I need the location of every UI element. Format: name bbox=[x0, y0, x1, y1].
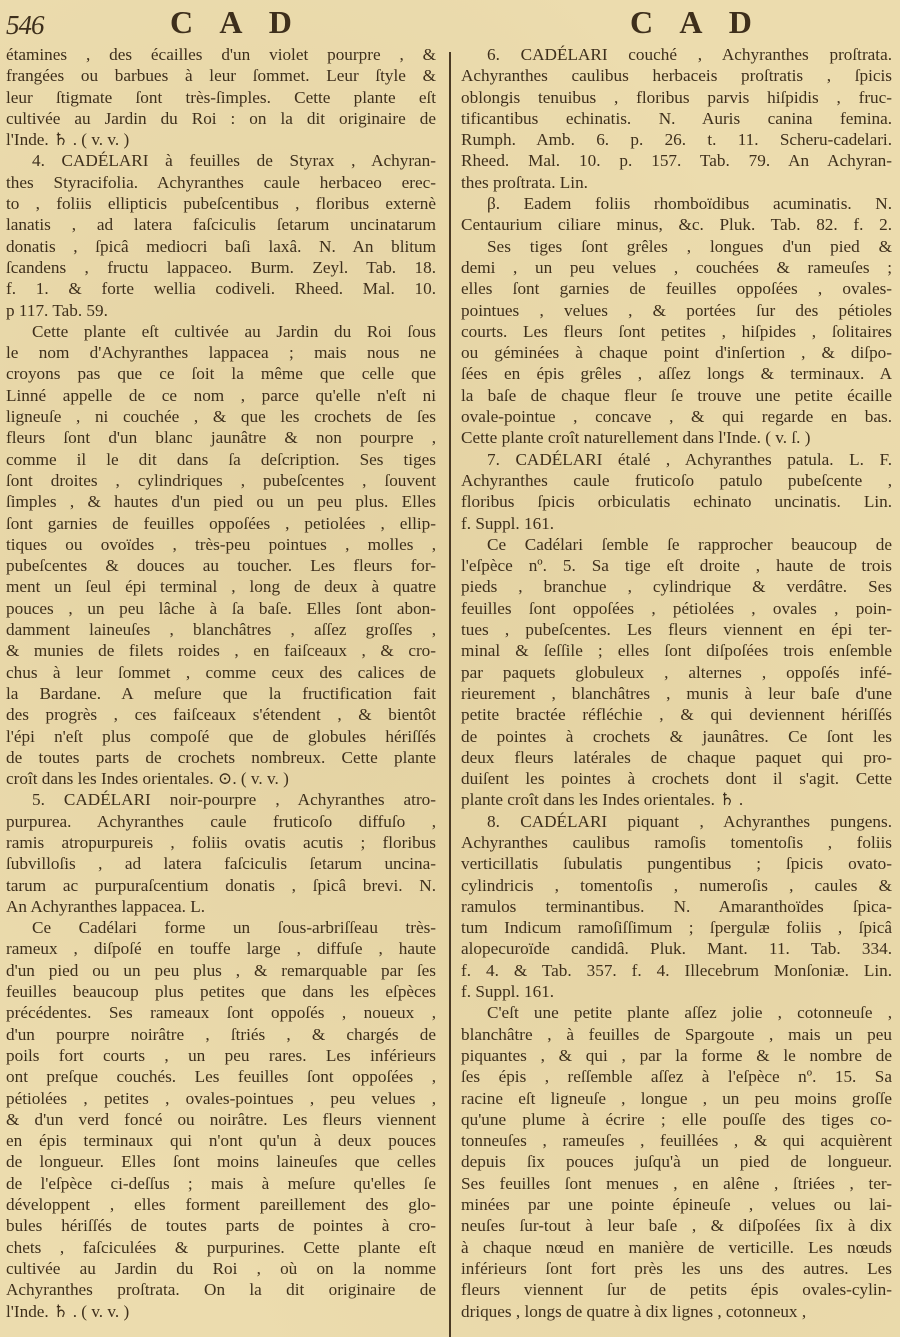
text-line: ramulos terminantibus. N. Amaranthoïdes … bbox=[461, 896, 892, 917]
page-header: 546 C A D C A D bbox=[0, 4, 900, 44]
text-line: pieds , branchue , cylindrique & verdâtr… bbox=[461, 576, 892, 597]
text-line: minées par une pointe épineuſe , velues … bbox=[461, 1194, 892, 1215]
text-line: feuilles beaucoup plus petites que dans … bbox=[6, 981, 436, 1002]
text-line: cultivée au Jardin du Roi , où on la nom… bbox=[6, 1258, 436, 1279]
text-line: croyons pas que ce ſoit la même que cell… bbox=[6, 363, 436, 384]
text-line: ligneuſe , ni couchée , & que les croche… bbox=[6, 406, 436, 427]
text-line: tum Indicum ramoſiſſimum ; ſpergulæ foli… bbox=[461, 917, 892, 938]
text-line: 5. CADÉLARI noir-pourpre , Achyranthes a… bbox=[6, 789, 436, 810]
text-line: Achyranthes proſtrata. On la dit origina… bbox=[6, 1279, 436, 1300]
text-line: tonneuſes , rameuſes , feuillées , & qui… bbox=[461, 1130, 892, 1151]
text-line: demi , un peu velues , couchées & rameuſ… bbox=[461, 257, 892, 278]
text-line: bules hériſſés de toutes parts de pointe… bbox=[6, 1215, 436, 1236]
text-line: driques , longs de quatre à dix lignes ,… bbox=[461, 1301, 892, 1322]
text-line: pubeſcentes & douces au toucher. Les fle… bbox=[6, 555, 436, 576]
text-line: Cette plante eſt cultivée au Jardin du R… bbox=[6, 321, 436, 342]
column-divider bbox=[449, 52, 451, 1337]
text-line: croît dans les Indes orientales. ⊙. ( v.… bbox=[6, 768, 436, 789]
text-line: An Achyranthes lappacea. L. bbox=[6, 896, 436, 917]
text-line: ovale-pointue , concave , & qui regarde … bbox=[461, 406, 892, 427]
text-line: elles ſont garnies de feuilles oppoſées … bbox=[461, 278, 892, 299]
text-line: d'un pied ou un peu plus , & remarquable… bbox=[6, 960, 436, 981]
text-line: p 117. Tab. 59. bbox=[6, 300, 436, 321]
text-line: & d'un verd foncé ou noirâtre. Les fleur… bbox=[6, 1109, 436, 1130]
text-line: d'un pourpre noirâtre , ſtriés , & charg… bbox=[6, 1024, 436, 1045]
text-line: f. 4. & Tab. 357. f. 4. Illecebrum Monſo… bbox=[461, 960, 892, 981]
text-line: de l'eſpèce ci-deſſus ; mais à meſure qu… bbox=[6, 1173, 436, 1194]
text-line: inférieurs ſont fort près les uns des au… bbox=[461, 1258, 892, 1279]
text-line: Ses tiges ſont grêles , longues d'un pie… bbox=[461, 236, 892, 257]
text-line: à chaque nœud en manière de verticille. … bbox=[461, 1237, 892, 1258]
text-line: tificantibus echinatis. N. Auris canina … bbox=[461, 108, 892, 129]
text-line: développent , elles forment pareillement… bbox=[6, 1194, 436, 1215]
text-line: f. 1. & forte wellia codiveli. Rheed. Ma… bbox=[6, 278, 436, 299]
text-line: deux fleurs latérales de chaque paquet q… bbox=[461, 747, 892, 768]
page-number: 546 bbox=[6, 10, 44, 41]
text-line: fleurs ſont d'un blanc jaunâtre & non po… bbox=[6, 427, 436, 448]
text-line: depuis ſix pouces juſqu'à un pied de lon… bbox=[461, 1151, 892, 1172]
text-line: poils fort courts , un peu rares. Les in… bbox=[6, 1045, 436, 1066]
running-head-left: C A D bbox=[170, 4, 302, 41]
text-line: piquantes , & qui , par la forme & le no… bbox=[461, 1045, 892, 1066]
left-column: étamines , des écailles d'un violet pour… bbox=[6, 44, 436, 1322]
text-line: Ce Cadélari ſemble ſe rapprocher beaucou… bbox=[461, 534, 892, 555]
running-head-right: C A D bbox=[630, 4, 762, 41]
text-line: Ses feuilles ſont menues , en alêne , ſt… bbox=[461, 1173, 892, 1194]
text-line: minal & ſeſſile ; elles ſont diſpoſées t… bbox=[461, 640, 892, 661]
text-line: 6. CADÉLARI couché , Achyranthes proſtra… bbox=[461, 44, 892, 65]
text-line: C'eſt une petite plante aſſez jolie , co… bbox=[461, 1002, 892, 1023]
text-line: le nom d'Achyranthes lappacea ; mais nou… bbox=[6, 342, 436, 363]
text-line: ſes épis , reſſemble aſſez à l'eſpèce nº… bbox=[461, 1066, 892, 1087]
text-line: petite bractée réfléchie , & qui devienn… bbox=[461, 704, 892, 725]
text-line: ſubvilloſis , ad latera faſciculis ſetar… bbox=[6, 853, 436, 874]
text-line: floribus ſpicis orbiculatis echinato unc… bbox=[461, 491, 892, 512]
text-line: 8. CADÉLARI piquant , Achyranthes pungen… bbox=[461, 811, 892, 832]
text-line: chus à leur ſommet , comme ceux des cali… bbox=[6, 662, 436, 683]
text-line: oblongis tenuibus , floribus parvis hiſp… bbox=[461, 87, 892, 108]
text-line: fleurs viennent ſur de petits épis ovale… bbox=[461, 1279, 892, 1300]
text-line: ment un ſeul épi terminal , long de deux… bbox=[6, 576, 436, 597]
text-line: l'Inde. ♄ . ( v. v. ) bbox=[6, 1301, 436, 1322]
text-line: verticillatis ſubulatis pungentibus ; ſp… bbox=[461, 853, 892, 874]
text-line: l'épi n'eſt plus compoſé que de globules… bbox=[6, 726, 436, 747]
text-line: l'Inde. ♄ . ( v. v. ) bbox=[6, 129, 436, 150]
text-line: racine eſt ligneuſe , longue , un peu mo… bbox=[461, 1088, 892, 1109]
text-line: cylindricis , tomentoſis , numeroſis , c… bbox=[461, 875, 892, 896]
text-line: la Bardane. A meſure que la fructificati… bbox=[6, 683, 436, 704]
text-line: rameux , diſpoſé en touffe large , diffu… bbox=[6, 938, 436, 959]
text-line: blanchâtre , à feuilles de Spargoute , m… bbox=[461, 1024, 892, 1045]
text-line: frangées ou barbues à leur ſommet. Leur … bbox=[6, 65, 436, 86]
text-line: chets , faſciculées & purpurines. Cette … bbox=[6, 1237, 436, 1258]
text-line: f. Suppl. 161. bbox=[461, 981, 892, 1002]
text-line: 4. CADÉLARI à feuilles de Styrax , Achyr… bbox=[6, 150, 436, 171]
text-line: Rumph. Amb. 6. p. 26. t. 11. Scheru-cade… bbox=[461, 129, 892, 150]
text-line: l'eſpèce nº. 5. Sa tige eſt droite , hau… bbox=[461, 555, 892, 576]
book-page: 546 C A D C A D étamines , des écailles … bbox=[0, 0, 900, 1337]
text-line: lanatis , ad latera faſciculis ſetarum u… bbox=[6, 214, 436, 235]
text-line: Cette plante croît naturellement dans l'… bbox=[461, 427, 892, 448]
text-line: étamines , des écailles d'un violet pour… bbox=[6, 44, 436, 65]
text-line: ſont droites , cylindriques , pubeſcente… bbox=[6, 470, 436, 491]
text-line: tiques ou ovoïdes , très-peu pointues , … bbox=[6, 534, 436, 555]
text-line: qu'une plume à écrire ; elle pouſſe des … bbox=[461, 1109, 892, 1130]
text-line: Ce Cadélari forme un ſous-arbriſſeau trè… bbox=[6, 917, 436, 938]
text-line: Achyranthes caulibus herbaceis proſtrati… bbox=[461, 65, 892, 86]
right-column: 6. CADÉLARI couché , Achyranthes proſtra… bbox=[461, 44, 892, 1322]
text-line: duiſent les pointes à crochets dont il s… bbox=[461, 768, 892, 789]
text-line: neuſes ſur-tout à leur baſe , & diſpoſée… bbox=[461, 1215, 892, 1236]
text-line: thes proſtrata. Lin. bbox=[461, 172, 892, 193]
text-line: plante croît dans les Indes orientales. … bbox=[461, 789, 892, 810]
text-line: thes Styracifolia. Achyranthes caule her… bbox=[6, 172, 436, 193]
text-line: alopecuroïde candidâ. Pluk. Mant. 11. Ta… bbox=[461, 938, 892, 959]
text-line: ſées en épis grêles , aſſez longs & term… bbox=[461, 363, 892, 384]
text-line: comme il le dit dans ſa deſcription. Ses… bbox=[6, 449, 436, 470]
text-line: par paquets globuleux , alternes , oppoſ… bbox=[461, 662, 892, 683]
text-line: la baſe de chaque fleur ſe trouve une pe… bbox=[461, 385, 892, 406]
text-line: β. Eadem foliis rhomboïdibus acuminatis.… bbox=[461, 193, 892, 214]
text-line: f. Suppl. 161. bbox=[461, 513, 892, 534]
text-line: cultivée au Jardin du Roi : on la dit or… bbox=[6, 108, 436, 129]
text-line: Linné appelle de ce nom , parce qu'elle … bbox=[6, 385, 436, 406]
text-line: & munies de filets roides , en faiſceaux… bbox=[6, 640, 436, 661]
text-line: de longueur. Elles ſont moins laineuſes … bbox=[6, 1151, 436, 1172]
text-line: donatis , ſpicâ mediocri baſi laxâ. N. A… bbox=[6, 236, 436, 257]
text-line: de pointes à crochets & jaunâtres. Ce ſo… bbox=[461, 726, 892, 747]
text-line: ſcandens , fructu lappaceo. Burm. Zeyl. … bbox=[6, 257, 436, 278]
text-line: de toutes parts de crochets nombreux. Ce… bbox=[6, 747, 436, 768]
text-line: ou géminées à chaque point d'inſertion ,… bbox=[461, 342, 892, 363]
text-line: ſont garnies de feuilles oppoſées , peti… bbox=[6, 513, 436, 534]
text-line: leur ſtigmate ſont très-ſimples. Cette p… bbox=[6, 87, 436, 108]
text-line: ſimples , & hautes d'un pied ou un peu p… bbox=[6, 491, 436, 512]
text-line: des progrès , ces faiſceaux s'étendent ,… bbox=[6, 704, 436, 725]
text-line: to , foliis ellipticis pubeſcentibus , f… bbox=[6, 193, 436, 214]
text-line: pouces , un peu lâche à ſa baſe. Elles ſ… bbox=[6, 598, 436, 619]
text-line: rieurement , blanchâtres , munis à leur … bbox=[461, 683, 892, 704]
text-line: 7. CADÉLARI étalé , Achyranthes patula. … bbox=[461, 449, 892, 470]
text-line: purpurea. Achyranthes caule fruticoſo di… bbox=[6, 811, 436, 832]
text-line: ont preſque couchés. Les feuilles ſont o… bbox=[6, 1066, 436, 1087]
text-line: Achyranthes caulibus ramoſis tomentoſis … bbox=[461, 832, 892, 853]
text-line: feuilles ſont oppoſées , pétiolées , ova… bbox=[461, 598, 892, 619]
text-line: courts. Les fleurs ſont petites , hiſpid… bbox=[461, 321, 892, 342]
text-line: damment laineuſes , blanchâtres , aſſez … bbox=[6, 619, 436, 640]
text-line: Achyranthes caule fruticoſo patulo pubeſ… bbox=[461, 470, 892, 491]
text-line: précédentes. Ses rameaux ſont oppoſés , … bbox=[6, 1002, 436, 1023]
text-line: pointues , velues , & portées ſur des pé… bbox=[461, 300, 892, 321]
text-line: pétiolées , petites , ovales-pointues , … bbox=[6, 1088, 436, 1109]
text-line: tarum ac purpuraſcentium donatis , ſpicâ… bbox=[6, 875, 436, 896]
text-line: Rheed. Mal. 10. p. 157. Tab. 79. An Achy… bbox=[461, 150, 892, 171]
text-line: en épis terminaux qui n'ont qu'un à deux… bbox=[6, 1130, 436, 1151]
text-line: Centaurium ciliare minus, &c. Pluk. Tab.… bbox=[461, 214, 892, 235]
text-line: tues , pubeſcentes. Les fleurs viennent … bbox=[461, 619, 892, 640]
text-line: ramis atropurpureis , foliis ovatis acut… bbox=[6, 832, 436, 853]
